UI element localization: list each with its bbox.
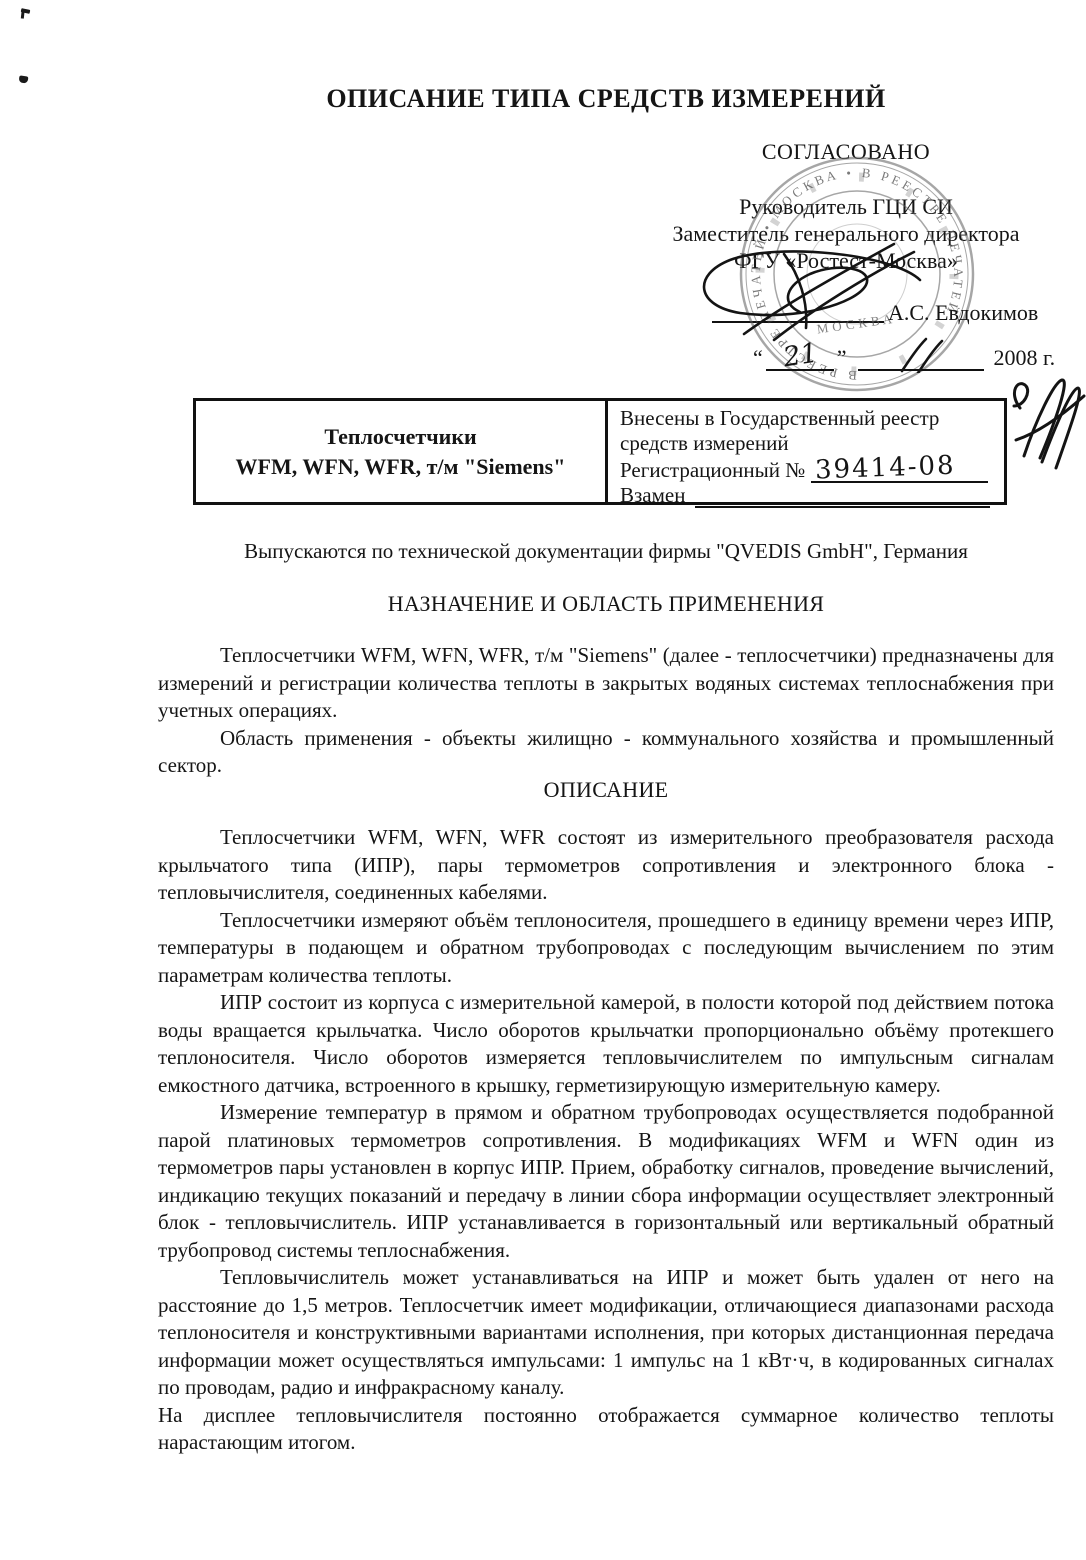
registration-label: Регистрационный № [620,458,805,483]
handwritten-registration-number: 39414-08 [815,454,956,483]
paragraph: Теплосчетчики WFM, WFN, WFR, т/м "Siemen… [158,642,1054,725]
handwritten-month-strokes [896,337,948,373]
scan-artifact [21,8,31,14]
product-title-cell: Теплосчетчики WFM, WFN, WFR, т/м "Siemen… [196,401,608,502]
signer-name: А.С. Евдокимов [888,300,1038,326]
scan-artifact [19,75,29,83]
registry-table: Теплосчетчики WFM, WFN, WFR, т/м "Siemen… [193,398,1007,505]
registry-entry-line1: Внесены в Государственный реестр [620,406,994,431]
section-heading-purpose: НАЗНАЧЕНИЕ И ОБЛАСТЬ ПРИМЕНЕНИЯ [158,590,1054,618]
date-day-field: 21 [766,338,834,371]
paragraph: Тепловычислитель может устанавливаться н… [158,1264,1054,1402]
quote-open: “ [750,345,766,371]
product-title-line1: Теплосчетчики [324,422,476,452]
issued-by-line: Выпускаются по технической документации … [158,538,1054,566]
document-title: ОПИСАНИЕ ТИПА СРЕДСТВ ИЗМЕРЕНИЙ [158,84,1054,114]
paragraph: На дисплее тепловычислителя постоянно от… [158,1402,1054,1457]
registration-number-line: Регистрационный № 39414-08 [620,456,994,483]
registration-number-field: 39414-08 [811,456,988,483]
replaces-line: Взамен [620,483,994,508]
director-signature [688,240,946,344]
scanned-document-page: { "doc": { "title": "ОПИСАНИЕ ТИПА СРЕДС… [0,0,1086,1560]
handwritten-paraph [1000,368,1086,472]
paragraph: Теплосчетчики измеряют объём теплоносите… [158,907,1054,990]
approval-date-line: “ 21 ” 2008 г. [750,338,1055,371]
paragraph: Область применения - объекты жилищно - к… [158,725,1054,780]
document-body: Выпускаются по технической документации … [158,538,1054,1457]
paragraph: ИПР состоит из корпуса с измерительной к… [158,989,1054,1099]
replaces-blank-field [695,486,990,508]
product-title-line2: WFM, WFN, WFR, т/м "Siemens" [236,452,566,482]
section-heading-description: ОПИСАНИЕ [158,776,1054,804]
paragraph: Теплосчетчики WFM, WFN, WFR состоят из и… [158,824,1054,907]
handwritten-day: 21 [781,337,820,373]
replaces-label: Взамен [620,483,685,508]
date-month-field [858,341,984,371]
registry-entry-cell: Внесены в Государственный реестр средств… [608,401,1004,502]
quote-close: ” [834,345,850,371]
paragraph: Измерение температур в прямом и обратном… [158,1099,1054,1264]
